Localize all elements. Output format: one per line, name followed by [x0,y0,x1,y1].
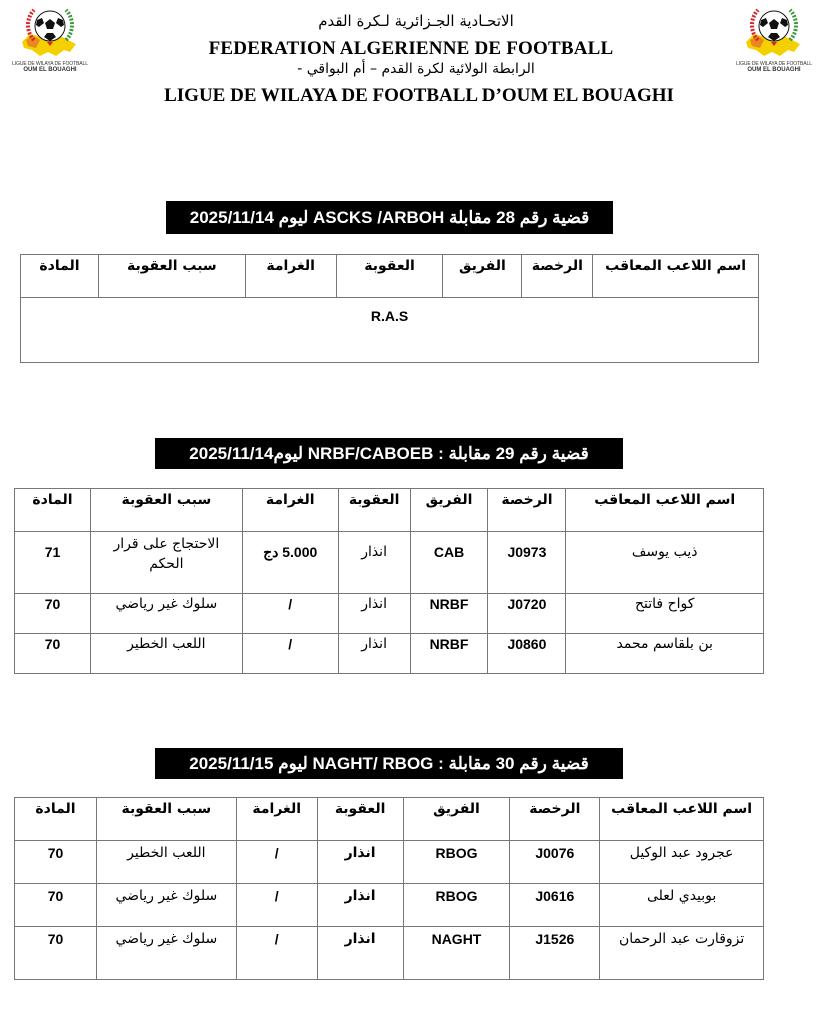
license-number: J0973 [488,532,566,594]
case-banner-30: قضية رقم 30 مقابلة : NAGHT/ RBOG ليوم 20… [155,748,623,779]
col-reason: سبب العقوبة [90,489,242,532]
sanction: انذار [338,532,410,594]
col-fine: الغرامة [236,798,317,841]
sanction: انذار [317,841,403,884]
table-row: ذيب يوسف J0973 CAB انذار 5.000 دج الاحتج… [15,532,764,594]
col-player: اسم اللاعب المعاقب [600,798,764,841]
license-number: J0076 [510,841,600,884]
col-team: الفريق [443,255,522,298]
fine: / [236,927,317,980]
table-header-row: اسم اللاعب المعاقب الرخصة الفريق العقوبة… [15,489,764,532]
case-title: قضية رقم 30 مقابلة : NAGHT/ RBOG ليوم 20… [189,754,588,774]
player-name: بن بلقاسم محمد [566,634,764,674]
table-row: بوبيدي لعلى J0616 RBOG انذار / سلوك غير … [15,884,764,927]
fine: 5.000 دج [242,532,338,594]
sanctions-table-case-30: اسم اللاعب المعاقب الرخصة الفريق العقوبة… [14,797,764,980]
case-banner-29: قضية رقم 29 مقابلة : NRBF/CABOEB ليوم202… [155,438,623,469]
col-player: اسم اللاعب المعاقب [566,489,764,532]
fine: / [242,594,338,634]
sanctions-table-case-28: اسم اللاعب المعاقب الرخصة الفريق العقوبة… [20,254,759,363]
reason: اللعب الخطير [96,841,236,884]
col-team: الفريق [403,798,510,841]
case-title: قضية رقم 28 مقابلة ASCKS /ARBOH ليوم 202… [190,208,589,228]
league-title-arabic: الرابطة الولائية لكرة القدم – أم البواقي… [5,61,822,77]
article: 71 [15,532,91,594]
col-license: الرخصة [510,798,600,841]
license-number: J0860 [488,634,566,674]
table-row: كواح فاتتح J0720 NRBF انذار / سلوك غير ر… [15,594,764,634]
col-team: الفريق [410,489,488,532]
player-name: عجرود عبد الوكيل [600,841,764,884]
reason: سلوك غير رياضي [96,927,236,980]
article: 70 [15,634,91,674]
article: 70 [15,841,97,884]
fine: / [236,884,317,927]
col-sanction: العقوبة [317,798,403,841]
reason: سلوك غير رياضي [90,594,242,634]
reason: سلوك غير رياضي [96,884,236,927]
table-header-row: اسم اللاعب المعاقب الرخصة الفريق العقوبة… [21,255,759,298]
col-fine: الغرامة [242,489,338,532]
team: RBOG [403,884,510,927]
player-name: كواح فاتتح [566,594,764,634]
federation-title-arabic: الاتحـادية الجـزائرية لـكرة القدم [5,12,822,30]
team: CAB [410,532,488,594]
federation-title-french: FEDERATION ALGERIENNE DE FOOTBALL [0,38,822,60]
table-row: تزوقارت عبد الرحمان J1526 NAGHT انذار / … [15,927,764,980]
col-license: الرخصة [522,255,593,298]
col-license: الرخصة [488,489,566,532]
article: 70 [15,594,91,634]
article: 70 [15,927,97,980]
col-article: المادة [15,489,91,532]
license-number: J1526 [510,927,600,980]
player-name: ذيب يوسف [566,532,764,594]
col-player: اسم اللاعب المعاقب [593,255,759,298]
col-sanction: العقوبة [338,489,410,532]
team: NRBF [410,634,488,674]
league-title-french: LIGUE DE WILAYA DE FOOTBALL D’OUM EL BOU… [8,85,822,107]
col-article: المادة [15,798,97,841]
license-number: J0616 [510,884,600,927]
sanction: انذار [338,594,410,634]
col-sanction: العقوبة [336,255,443,298]
case-banner-28: قضية رقم 28 مقابلة ASCKS /ARBOH ليوم 202… [166,201,613,234]
team: NRBF [410,594,488,634]
col-fine: الغرامة [245,255,336,298]
col-reason: سبب العقوبة [96,798,236,841]
player-name: تزوقارت عبد الرحمان [600,927,764,980]
fine: / [242,634,338,674]
col-article: المادة [21,255,99,298]
table-row: بن بلقاسم محمد J0860 NRBF انذار / اللعب … [15,634,764,674]
no-sanctions-text: R.A.S [21,298,759,363]
table-row: عجرود عبد الوكيل J0076 RBOG انذار / اللع… [15,841,764,884]
sanctions-table-case-29: اسم اللاعب المعاقب الرخصة الفريق العقوبة… [14,488,764,674]
sanction: انذار [338,634,410,674]
article: 70 [15,884,97,927]
license-number: J0720 [488,594,566,634]
team: RBOG [403,841,510,884]
reason: اللعب الخطير [90,634,242,674]
case-title: قضية رقم 29 مقابلة : NRBF/CABOEB ليوم202… [189,444,588,464]
col-reason: سبب العقوبة [98,255,245,298]
table-row: R.A.S [21,298,759,363]
fine: / [236,841,317,884]
sanction: انذار [317,927,403,980]
sanction: انذار [317,884,403,927]
player-name: بوبيدي لعلى [600,884,764,927]
table-header-row: اسم اللاعب المعاقب الرخصة الفريق العقوبة… [15,798,764,841]
reason: الاحتجاج على قرار الحكم [90,532,242,594]
team: NAGHT [403,927,510,980]
